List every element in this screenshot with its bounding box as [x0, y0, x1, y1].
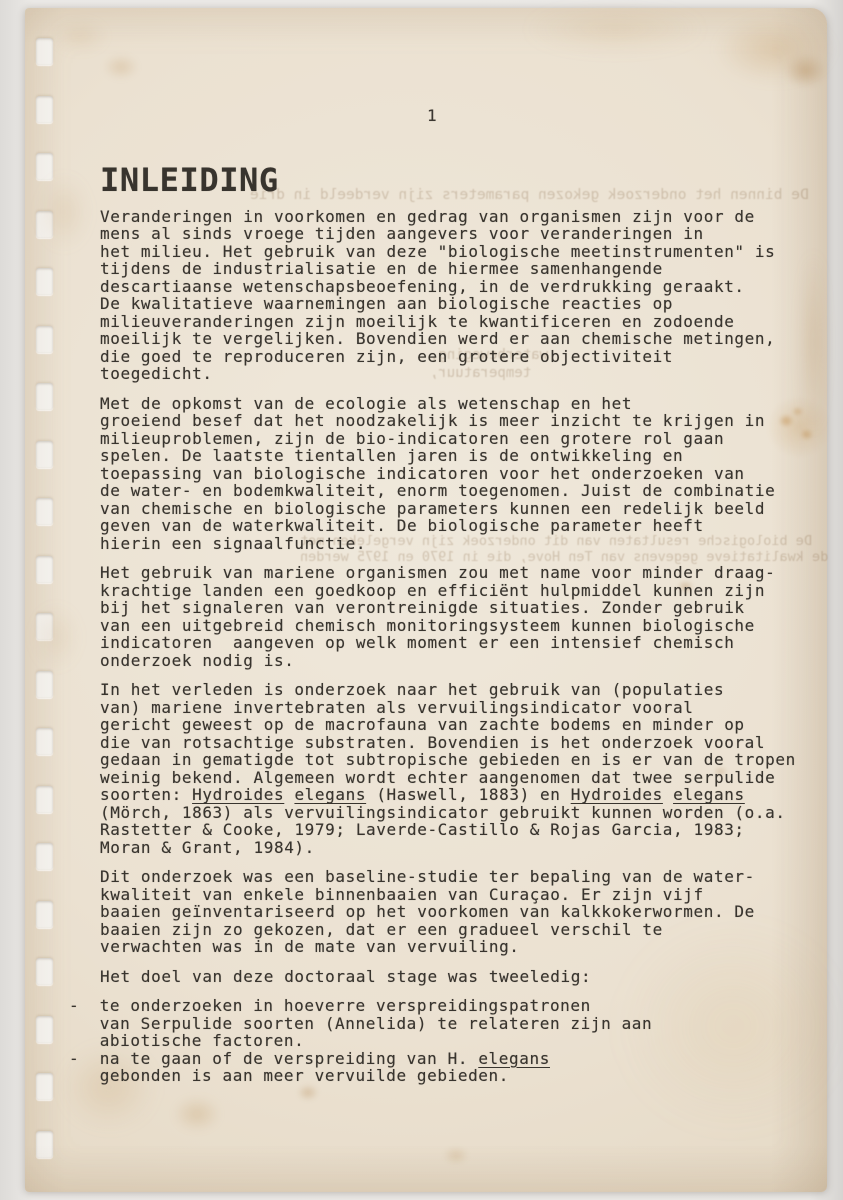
binding-hole [36, 38, 53, 65]
paragraph-4-top: In het verleden is onderzoek naar het ge… [100, 681, 800, 786]
binding-hole [36, 96, 53, 123]
binding-hole [36, 326, 53, 353]
goal-item-2: - na te gaan of de verspreiding van H. e… [69, 1050, 800, 1068]
text-line: van Serpulide soorten (Annelida) te rela… [69, 1015, 800, 1033]
binding-hole [36, 728, 53, 755]
text-line: De kwalitatieve waarnemingen aan biologi… [100, 295, 800, 313]
paper-stain [801, 248, 825, 438]
text-line: onderzoek nodig is. [100, 652, 800, 670]
text-line: abiotische factoren. [69, 1032, 800, 1050]
text-line: gericht geweest op de macrofauna van zac… [100, 716, 800, 734]
text-line: Het gebruik van mariene organismen zou m… [100, 564, 800, 582]
text-segment [284, 785, 294, 804]
binding-hole [36, 786, 53, 813]
binding-hole [36, 843, 53, 870]
text-line: Veranderingen in voorkomen en gedrag van… [100, 208, 800, 226]
text-line: indicatoren aangeven op welk moment er e… [100, 634, 800, 652]
text-line: krachtige landen een goedkoop en efficië… [100, 582, 800, 600]
text-line: Rastetter & Cooke, 1979; Laverde-Castill… [100, 821, 800, 839]
paragraph-6: Het doel van deze doctoraal stage was tw… [100, 968, 800, 986]
species-name: elegans [478, 1049, 550, 1068]
text-line: tijdens de industrialisatie en de hierme… [100, 260, 800, 278]
text-line: In het verleden is onderzoek naar het ge… [100, 681, 800, 699]
text-line: baaien zijn zo gekozen, dat er een gradu… [100, 921, 800, 939]
paper-stain [103, 54, 139, 80]
paragraph-2: Met de opkomst van de ecologie als weten… [100, 395, 800, 553]
species-name: Hydroides [571, 785, 663, 804]
document-page: De binnen het onderzoek gekozen paramete… [25, 8, 827, 1192]
goal-item-1: - te onderzoeken in hoeverre verspreidin… [69, 997, 800, 1050]
binding-hole [36, 671, 53, 698]
paper-stain [785, 54, 827, 88]
text-line: Met de opkomst van de ecologie als weten… [100, 395, 800, 413]
paragraph-4-bottom: (Mörch, 1863) als vervuilingsindicator g… [100, 804, 800, 857]
text-line: gedaan in gematigde tot subtropische geb… [100, 751, 800, 769]
text-line: de water- en bodemkwaliteit, enorm toege… [100, 482, 800, 500]
text-line: milieuveranderingen zijn moeilijk te kwa… [100, 313, 800, 331]
text-line: groeiend besef dat het noodzakelijk is m… [100, 412, 800, 430]
binding-hole [36, 211, 53, 238]
text-line: hierin een signaalfunctie. [100, 535, 800, 553]
paragraph-3: Het gebruik van mariene organismen zou m… [100, 564, 800, 669]
paper-stain [173, 1096, 221, 1132]
text-line: - te onderzoeken in hoeverre verspreidin… [69, 997, 800, 1015]
text-line: toegedicht. [100, 365, 800, 383]
species-name: elegans [673, 785, 745, 804]
text-line: Moran & Grant, 1984). [100, 839, 800, 857]
text-line: het milieu. Het gebruik van deze "biolog… [100, 243, 800, 261]
paragraph-5: Dit onderzoek was een baseline-studie te… [100, 868, 800, 956]
text-line: mens al sinds vroege tijden aangevers vo… [100, 225, 800, 243]
text-line: verwachten was in de mate van vervuiling… [100, 938, 800, 956]
text-line: die goed te reproduceren zijn, een grote… [100, 348, 800, 366]
paper-stain [715, 14, 835, 84]
text-segment: - na te gaan of de verspreiding van H. [69, 1049, 478, 1068]
document-scan: De binnen het onderzoek gekozen paramete… [0, 0, 843, 1200]
species-name: elegans [294, 785, 366, 804]
text-line: milieuproblemen, zijn de bio-indicatoren… [100, 430, 800, 448]
text-line: Dit onderzoek was een baseline-studie te… [100, 868, 800, 886]
text-segment: soorten: [100, 785, 192, 804]
binding-hole [36, 383, 53, 410]
text-line: van een uitgebreid chemisch monitoringsy… [100, 617, 800, 635]
text-line: geven van de waterkwaliteit. De biologis… [100, 517, 800, 535]
goal-list: - te onderzoeken in hoeverre verspreidin… [69, 997, 800, 1085]
text-line: Het doel van deze doctoraal stage was tw… [100, 968, 800, 986]
species-name: Hydroides [192, 785, 284, 804]
text-line: (Mörch, 1863) als vervuilingsindicator g… [100, 804, 800, 822]
text-line: spelen. De laatste tientallen jaren is d… [100, 447, 800, 465]
section-heading: INLEIDING [100, 172, 800, 190]
text-line: toepassing van biologische indicatoren v… [100, 465, 800, 483]
binding-hole [36, 958, 53, 985]
paragraph-4: In het verleden is onderzoek naar het ge… [100, 681, 800, 856]
binding-hole [36, 441, 53, 468]
paper-stain [525, 8, 705, 50]
binding-hole [36, 901, 53, 928]
paper-stain [443, 1146, 469, 1165]
binding-hole [36, 1131, 53, 1158]
binding-hole [36, 613, 53, 640]
paper-stain [53, 20, 107, 52]
text-line: moeilijk te vergelijken. Bovendien werd … [100, 330, 800, 348]
goal-item-2-continuation: gebonden is aan meer vervuilde gebieden. [69, 1067, 800, 1085]
paragraph-1: Veranderingen in voorkomen en gedrag van… [100, 208, 800, 383]
text-line: van) mariene invertebraten als vervuilin… [100, 699, 800, 717]
binding-hole [36, 153, 53, 180]
text-line: bij het signaleren van verontreinigde si… [100, 599, 800, 617]
text-line: baaien geïnventariseerd op het voorkomen… [100, 903, 800, 921]
text-line: weinig bekend. Algemeen wordt echter aan… [100, 769, 800, 787]
text-line: descartiaanse wetenschapsbeoefening, in … [100, 278, 800, 296]
binding-hole [36, 268, 53, 295]
binding-hole [36, 1073, 53, 1100]
binding-hole [36, 498, 53, 525]
text-segment [663, 785, 673, 804]
page-number: 1 [427, 107, 437, 124]
species-line: soorten: Hydroides elegans (Haswell, 188… [100, 786, 800, 804]
text-line: die van rotsachtige substraten. Bovendie… [100, 734, 800, 752]
text-segment: (Haswell, 1883) en [366, 785, 571, 804]
document-body: INLEIDING Veranderingen in voorkomen en … [100, 172, 800, 1097]
text-line: van chemische en biologische parameters … [100, 500, 800, 518]
binding-hole [36, 556, 53, 583]
text-line: kwaliteit van enkele binnenbaaien van Cu… [100, 886, 800, 904]
binding-hole [36, 1016, 53, 1043]
